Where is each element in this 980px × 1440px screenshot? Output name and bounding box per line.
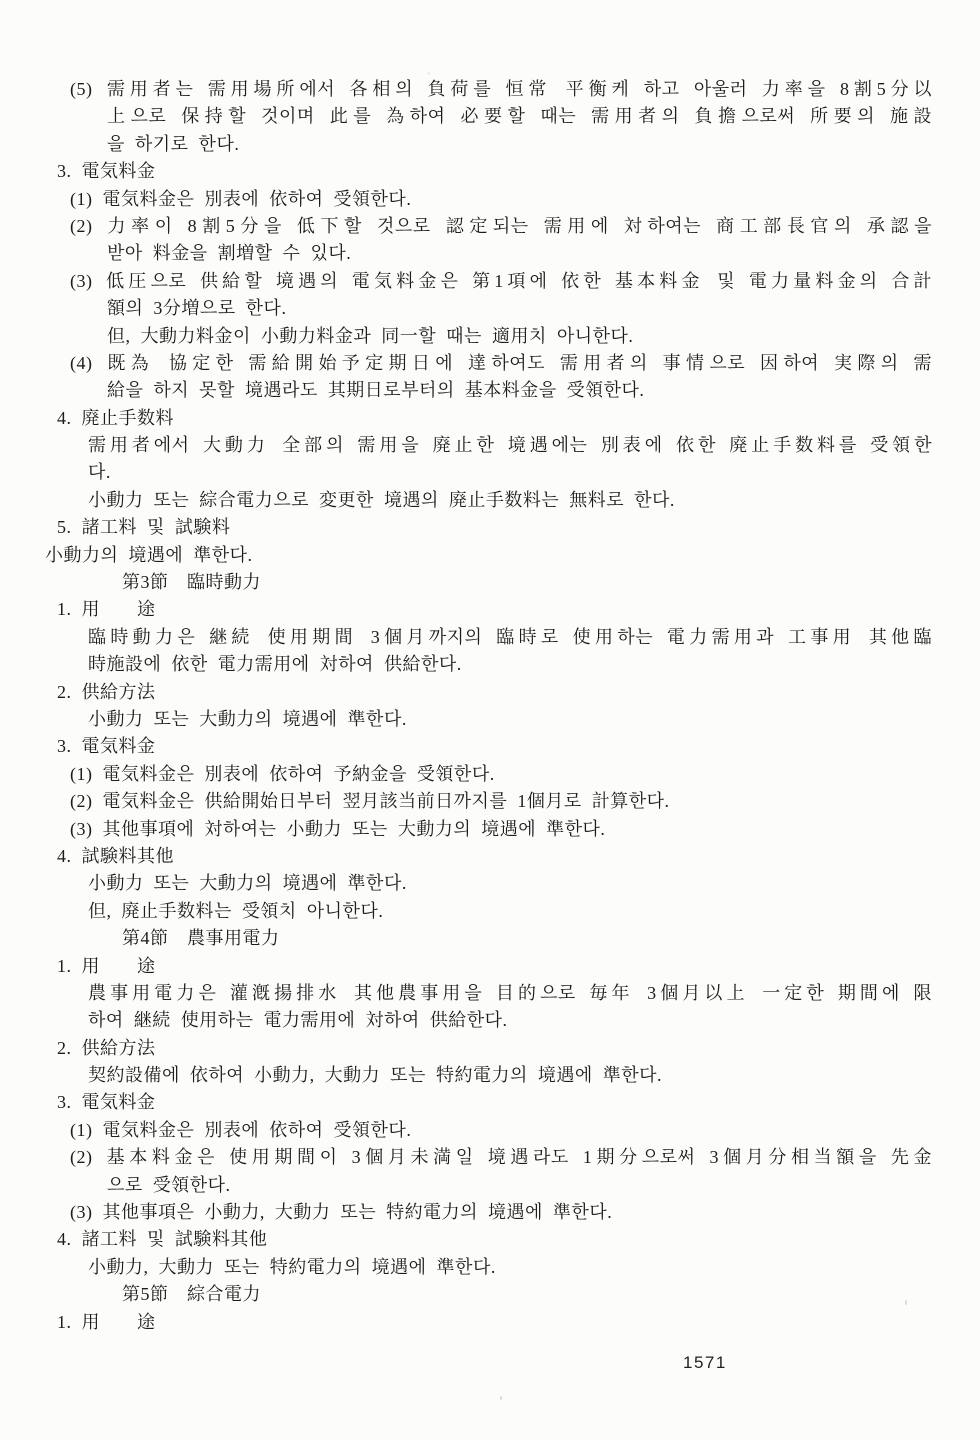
text-line: (1) 電気料金은 別表에 依하여 受領한다.: [70, 186, 980, 213]
text-line: (2) 力率이 8割5分을 低下할 것으로 認定되는 需用에 対하여는 商工部長…: [70, 213, 932, 240]
document-page: (5) 需用者는 需用場所에서 各相의 負荷를 恒常 平衡케 하고 아울러 力率…: [0, 0, 980, 1440]
text-line: 給을 하지 못할 境遇라도 其期日로부터의 基本料金을 受領한다.: [107, 377, 980, 404]
text-line: (3) 其他事項은 小動力, 大動力 또는 特約電力의 境遇에 準한다.: [70, 1199, 980, 1226]
text-line: 農事用電力은 灌漑揚排水 其他農事用을 目的으로 毎年 3個月以上 一定한 期間…: [88, 980, 932, 1007]
text-line: 4. 諸工料 및 試験料其他: [57, 1226, 980, 1253]
text-line: 1. 用 途: [57, 596, 980, 623]
text-line: (2) 基本料金은 使用期間이 3個月未満일 境遇라도 1期分으로써 3個月分相…: [70, 1144, 932, 1171]
text-line: 1. 用 途: [57, 1309, 980, 1336]
text-line: 小動力 또는 綜合電力으로 変更한 境遇의 廃止手数料는 無料로 한다.: [88, 487, 980, 514]
scan-speck: [427, 72, 430, 75]
text-line: 小動力 또는 大動力의 境遇에 準한다.: [88, 706, 980, 733]
text-line: 4. 廃止手数料: [57, 405, 980, 432]
text-line: (3) 其他事項에 対하여는 小動力 또는 大動力의 境遇에 準한다.: [70, 816, 980, 843]
text-line: 小動力 또는 大動力의 境遇에 準한다.: [88, 870, 980, 897]
text-line: 3. 電気料金: [57, 1089, 980, 1116]
text-line: 2. 供給方法: [57, 679, 980, 706]
text-line: 하여 継続 使用하는 電力需用에 対하여 供給한다.: [88, 1007, 980, 1034]
page-number: 1571: [683, 1353, 727, 1373]
text-line: (1) 電気料金은 別表에 依하여 受領한다.: [70, 1117, 980, 1144]
scan-speck: [905, 1300, 907, 1305]
text-line: 5. 諸工料 및 試験料: [57, 514, 980, 541]
text-line: 4. 試験料其他: [57, 843, 980, 870]
text-line: (1) 電気料金은 別表에 依하여 予納金을 受領한다.: [70, 761, 980, 788]
scan-speck: [500, 1396, 502, 1400]
text-line: 需用者에서 大動力 全部의 需用을 廃止한 境遇에는 別表에 依한 廃止手数料를…: [88, 432, 932, 459]
text-line: 契約設備에 依하여 小動力, 大動力 또는 特約電力의 境遇에 準한다.: [88, 1062, 980, 1089]
text-line: 額의 3分増으로 한다.: [107, 295, 980, 322]
text-line: 1. 用 途: [57, 953, 980, 980]
text-line: 時施設에 依한 電力需用에 対하여 供給한다.: [88, 651, 980, 678]
text-line: (2) 電気料金은 供給開始日부터 翌月該当前日까지를 1個月로 計算한다.: [70, 788, 980, 815]
text-line: 으로 受領한다.: [107, 1172, 980, 1199]
text-line: 第5節 綜合電力: [122, 1281, 980, 1308]
text-line: 第4節 農事用電力: [122, 925, 980, 952]
text-line: 3. 電気料金: [57, 733, 980, 760]
text-line: 臨時動力은 継続 使用期間 3個月까지의 臨時로 使用하는 電力需用과 工事用 …: [88, 624, 932, 651]
text-line: 但, 大動力料金이 小動力料金과 同一할 때는 適用치 아니한다.: [107, 323, 980, 350]
text-line: (5) 需用者는 需用場所에서 各相의 負荷를 恒常 平衡케 하고 아울러 力率…: [70, 76, 932, 103]
text-column: (5) 需用者는 需用場所에서 各相의 負荷를 恒常 平衡케 하고 아울러 力率…: [0, 76, 980, 1336]
text-line: 小動力, 大動力 또는 特約電力의 境遇에 準한다.: [88, 1254, 980, 1281]
text-line: (4) 既為 協定한 需給開始予定期日에 達하여도 需用者의 事情으로 因하여 …: [70, 350, 932, 377]
text-line: 을 하기로 한다.: [107, 131, 980, 158]
text-line: 받아 料金을 割増할 수 있다.: [107, 240, 980, 267]
text-line: 上으로 保持할 것이며 此를 為하여 必要할 때는 需用者의 負擔으로써 所要의…: [107, 103, 932, 130]
text-line: (3) 低圧으로 供給할 境遇의 電気料金은 第1項에 依한 基本料金 및 電力…: [70, 268, 932, 295]
text-line: 2. 供給方法: [57, 1035, 980, 1062]
text-line: 다.: [88, 459, 980, 486]
text-line: 第3節 臨時動力: [122, 569, 980, 596]
text-line: 小動力의 境遇에 準한다.: [45, 542, 980, 569]
text-line: 但, 廃止手数料는 受領치 아니한다.: [88, 898, 980, 925]
text-line: 3. 電気料金: [57, 158, 980, 185]
